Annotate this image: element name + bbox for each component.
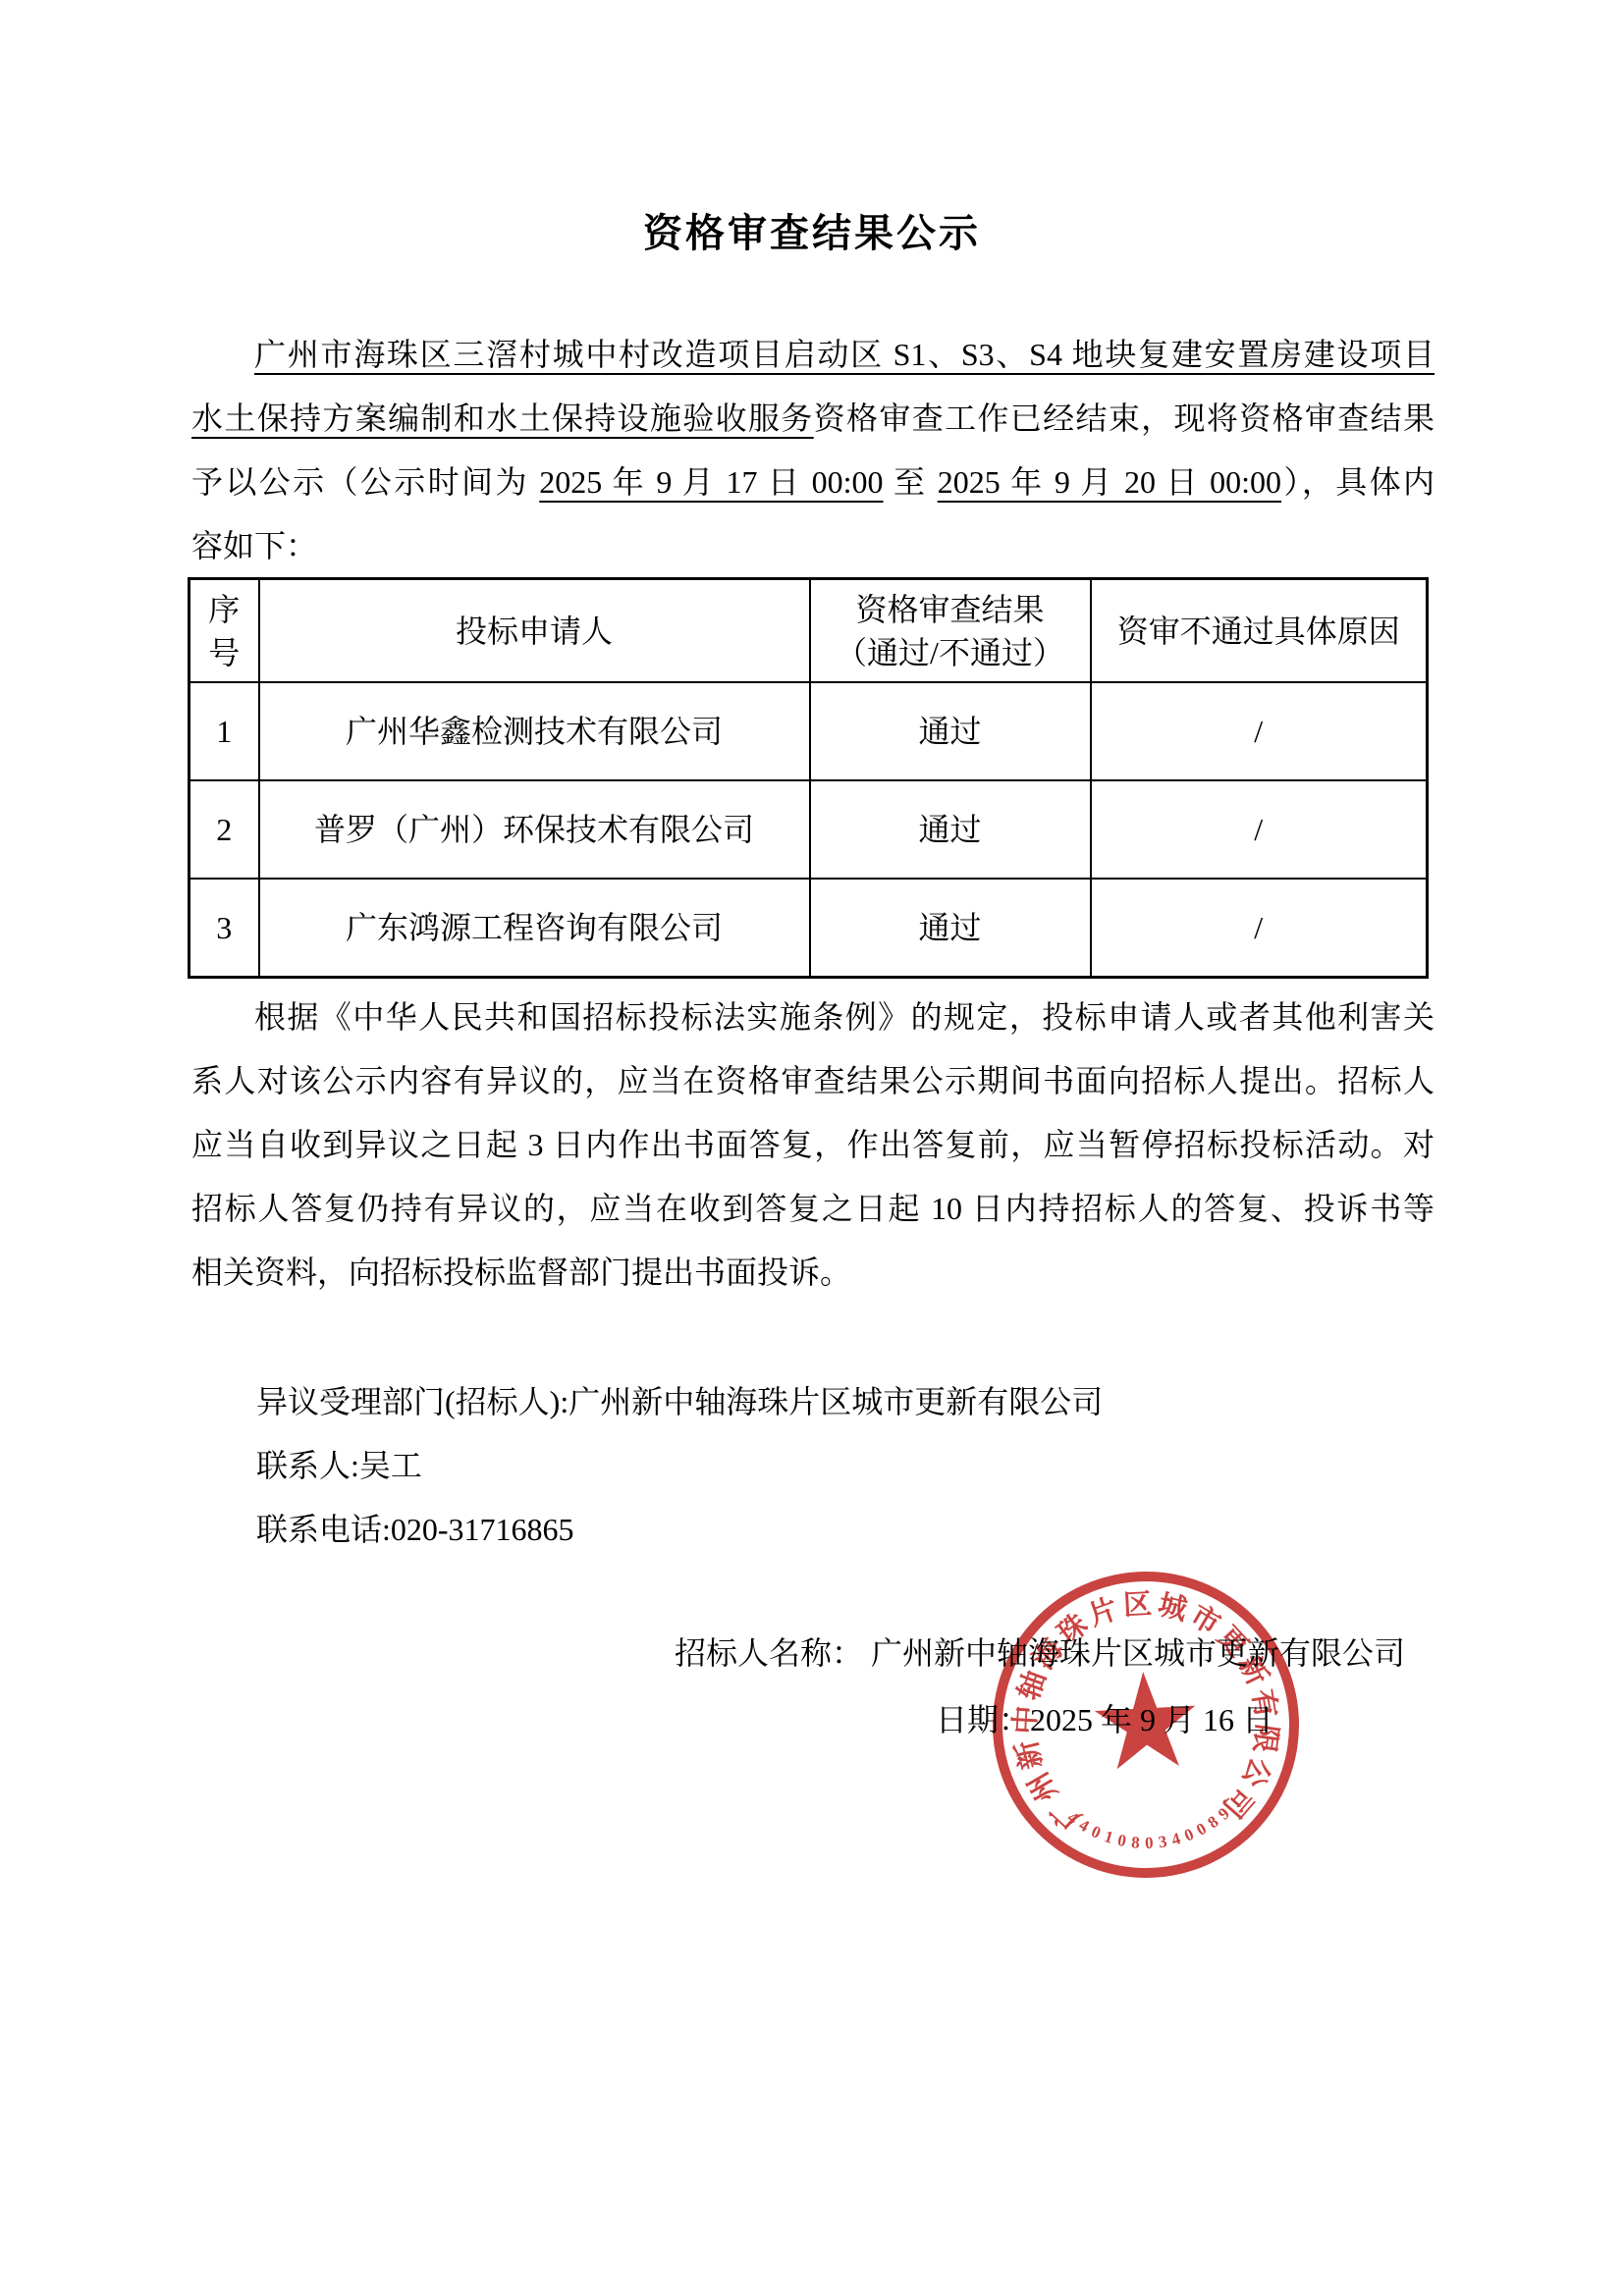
cell-reason: / (1091, 780, 1428, 879)
official-seal: 广州新中轴海珠片区城市更新有限公司 4401080340089 (976, 1555, 1317, 1896)
seal-number: 4401080340089 (1063, 1799, 1239, 1856)
header-cell-reason: 资审不通过具体原因 (1091, 579, 1428, 683)
underlined-start-date: 2025 年 9 月 17 日 00:00 (539, 464, 883, 500)
cell-applicant: 广东鸿源工程咨询有限公司 (259, 879, 810, 978)
legal-paragraph: 根据《中华人民共和国招标投标法实施条例》的规定，投标申请人或者其他利害关 系人对… (191, 986, 1435, 1305)
seal-star-icon (1093, 1669, 1199, 1770)
table-row: 1 广州华鑫检测技术有限公司 通过 / (189, 682, 1428, 780)
cell-no: 2 (189, 780, 259, 879)
table-header-row: 序 号 投标申请人 资格审查结果 （通过/不通过） 资审不通过具体原因 (189, 579, 1428, 683)
cell-no: 3 (189, 879, 259, 978)
objection-department: 异议受理部门(招标人):广州新中轴海珠片区城市更新有限公司 (256, 1370, 1435, 1434)
underlined-service-name: 水土保持方案编制和水土保持设施验收服务 (191, 400, 814, 436)
contact-block: 异议受理部门(招标人):广州新中轴海珠片区城市更新有限公司 联系人:吴工 联系电… (256, 1370, 1435, 1562)
table-row: 2 普罗（广州）环保技术有限公司 通过 / (189, 780, 1428, 879)
legal-line-2: 系人对该公示内容有异议的，应当在资格审查结果公示期间书面向招标人提出。招标人 (191, 1049, 1435, 1113)
cell-no: 1 (189, 682, 259, 780)
cell-applicant: 广州华鑫检测技术有限公司 (259, 682, 810, 780)
contact-phone: 联系电话:020-31716865 (256, 1498, 1435, 1562)
underlined-end-date: 2025 年 9 月 20 日 00:00 (938, 464, 1281, 500)
cell-result: 通过 (810, 682, 1091, 780)
legal-line-4: 招标人答复仍持有异议的，应当在收到答复之日起 10 日内持招标人的答复、投诉书等 (191, 1177, 1435, 1241)
legal-line-5: 相关资料，向招标投标监督部门提出书面投诉。 (191, 1241, 1435, 1305)
underlined-project-name: 广州市海珠区三滘村城中村改造项目启动区 S1、S3、S4 地块复建安置房建设项目 (254, 337, 1435, 372)
page-title: 资格审查结果公示 (0, 206, 1624, 261)
intro-paragraph: 广州市海珠区三滘村城中村改造项目启动区 S1、S3、S4 地块复建安置房建设项目… (191, 323, 1435, 578)
intro-line-4: 容如下： (191, 514, 1435, 578)
cell-result: 通过 (810, 780, 1091, 879)
header-cell-applicant: 投标申请人 (259, 579, 810, 683)
cell-applicant: 普罗（广州）环保技术有限公司 (259, 780, 810, 879)
table-row: 3 广东鸿源工程咨询有限公司 通过 / (189, 879, 1428, 978)
cell-result: 通过 (810, 879, 1091, 978)
intro-line-3: 予以公示（公示时间为 2025 年 9 月 17 日 00:00 至 2025 … (191, 451, 1435, 514)
cell-reason: / (1091, 682, 1428, 780)
contact-person: 联系人:吴工 (256, 1434, 1435, 1498)
cell-reason: / (1091, 879, 1428, 978)
header-cell-index: 序 号 (189, 579, 259, 683)
announcement-document-page: 资格审查结果公示 广州市海珠区三滘村城中村改造项目启动区 S1、S3、S4 地块… (0, 0, 1624, 2296)
legal-line-1: 根据《中华人民共和国招标投标法实施条例》的规定，投标申请人或者其他利害关 (191, 986, 1435, 1049)
legal-line-3: 应当自收到异议之日起 3 日内作出书面答复，作出答复前，应当暂停招标投标活动。对 (191, 1113, 1435, 1177)
intro-line-2: 水土保持方案编制和水土保持设施验收服务资格审查工作已经结束，现将资格审查结果 (191, 387, 1435, 451)
qualification-result-table: 序 号 投标申请人 资格审查结果 （通过/不通过） 资审不通过具体原因 1 广州… (188, 577, 1429, 979)
intro-line-1: 广州市海珠区三滘村城中村改造项目启动区 S1、S3、S4 地块复建安置房建设项目 (191, 323, 1435, 387)
header-cell-result: 资格审查结果 （通过/不通过） (810, 579, 1091, 683)
